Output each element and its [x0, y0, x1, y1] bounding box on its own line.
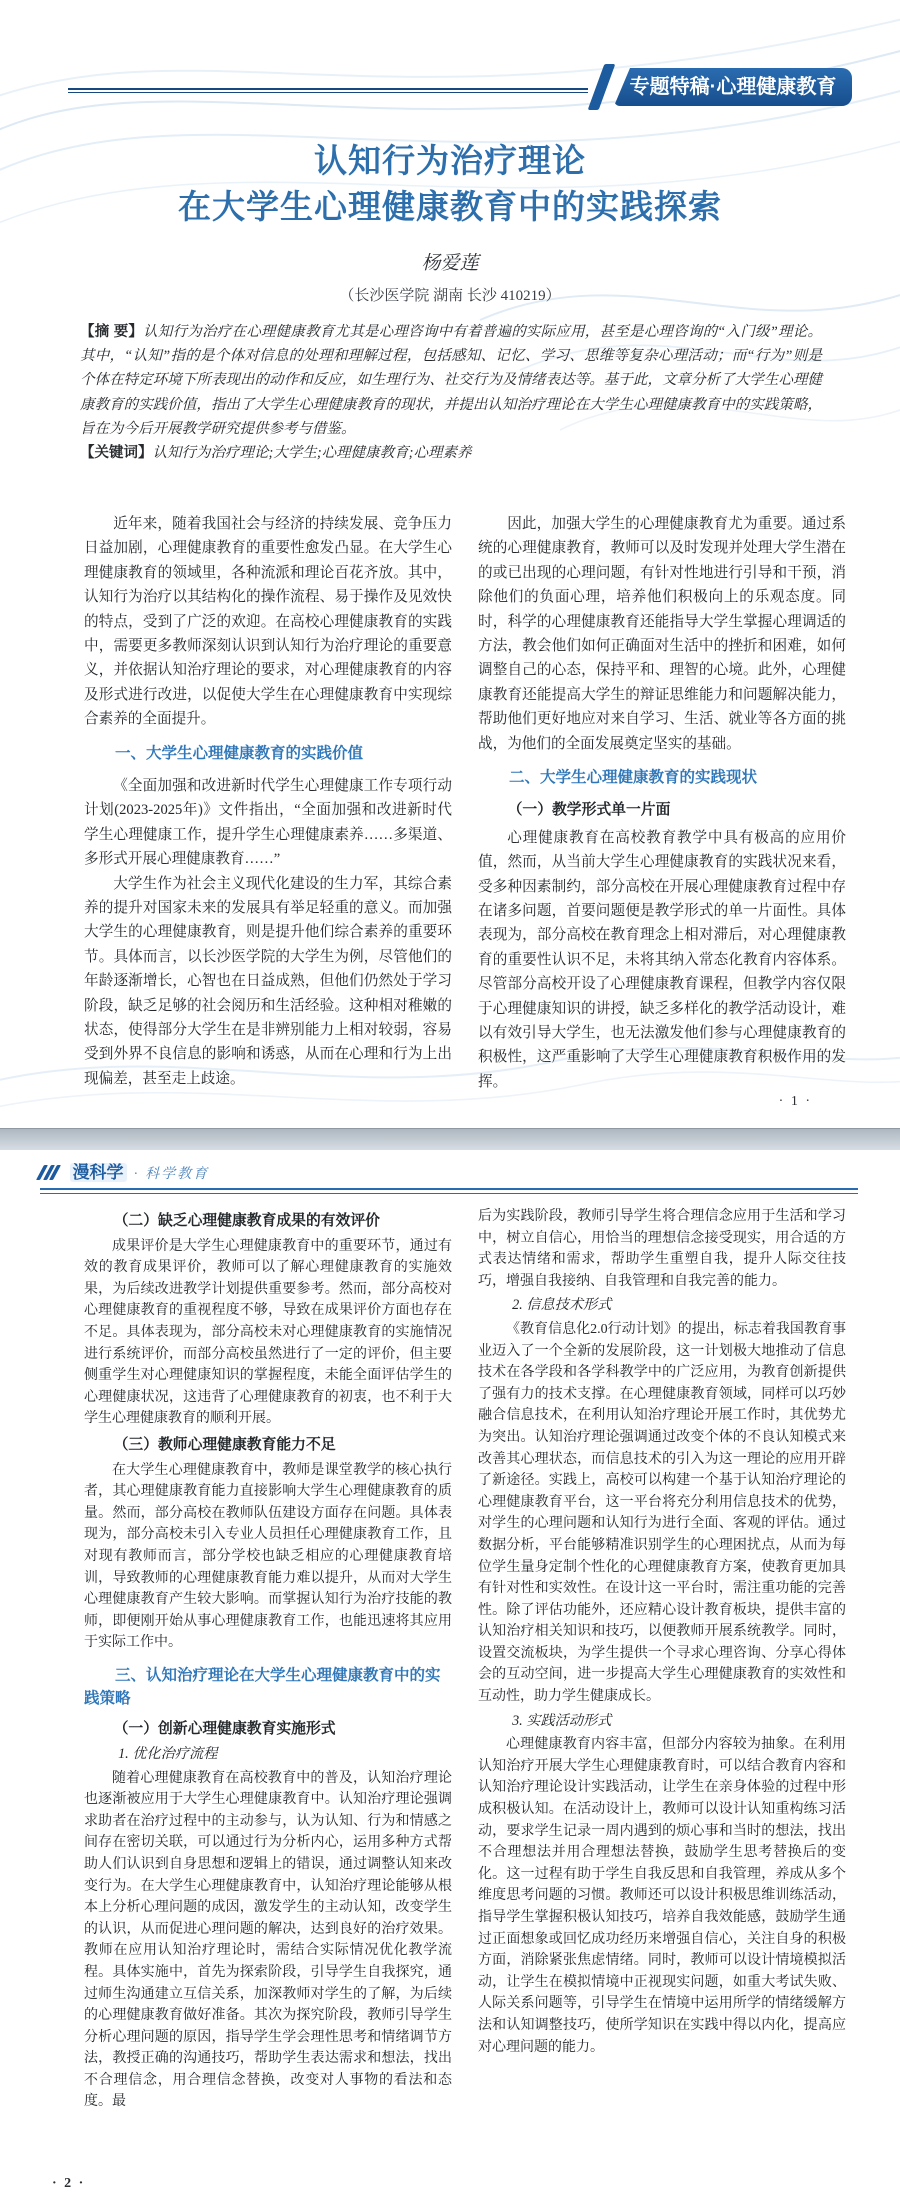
section-heading: 三、认知治疗理论在大学生心理健康教育中的实践策略 [84, 1664, 452, 1711]
journal-separator: · [134, 1167, 139, 1182]
body-column-left: （二）缺乏心理健康教育成果的有效评价成果评价是大学生心理健康教育中的重要环节，通… [84, 1206, 452, 2174]
section-heading: 一、大学生心理健康教育的实践价值 [84, 742, 452, 765]
title-line-1: 认知行为治疗理论 [0, 138, 900, 184]
author: 杨爱莲 [0, 248, 900, 275]
paragraph: 随着心理健康教育在高校教育中的普及，认知治疗理论也逐渐被应用于大学生心理健康教育… [84, 1768, 452, 2114]
keywords: 【关键词】认知行为治疗理论;大学生;心理健康教育;心理素养 [80, 441, 822, 465]
body-column-right: 因此，加强大学生的心理健康教育尤为重要。通过系统的心理健康教育，教师可以及时发现… [478, 512, 846, 1092]
journal-section: 科学教育 [145, 1167, 209, 1182]
abstract-label: 【摘 要】 [80, 324, 143, 340]
body-column-right: 后为实践阶段，教师引导学生将合理信念应用于生活和学习中，树立自信心，用恰当的理想… [478, 1206, 846, 2174]
journal-logo-icon [40, 1165, 60, 1185]
paragraph: 后为实践阶段，教师引导学生将合理信念应用于生活和学习中，树立自信心，用恰当的理想… [478, 1206, 846, 1292]
section-heading: 2. 信息技术形式 [478, 1295, 846, 1317]
page-number: · 2 · [52, 2176, 85, 2192]
section-heading: （三）教师心理健康教育能力不足 [84, 1435, 452, 1457]
paragraph: 心理健康教育内容丰富，但部分内容较为抽象。在利用认知治疗开展大学生心理健康教育时… [478, 1734, 846, 2058]
section-heading: 二、大学生心理健康教育的实践现状 [478, 766, 846, 789]
section-heading: （一）教学形式单一片面 [478, 798, 846, 822]
journal-topic-badge: 专题特稿·心理健康教育 [614, 68, 852, 106]
paragraph: 因此，加强大学生的心理健康教育尤为重要。通过系统的心理健康教育，教师可以及时发现… [478, 512, 846, 756]
page-title: 认知行为治疗理论 在大学生心理健康教育中的实践探索 [0, 138, 900, 230]
affiliation: （长沙医学院 湖南 长沙 410219） [0, 284, 900, 305]
page-2: 漫科学 · 科学教育 （二）缺乏心理健康教育成果的有效评价成果评价是大学生心理健… [0, 1150, 900, 2200]
body-column-left: 近年来，随着我国社会与经济的持续发展、竞争压力日益加剧，心理健康教育的重要性愈发… [84, 512, 452, 1092]
body-columns: （二）缺乏心理健康教育成果的有效评价成果评价是大学生心理健康教育中的重要环节，通… [84, 1206, 846, 2174]
paragraph: 成果评价是大学生心理健康教育中的重要环节，通过有效的教育成果评价，教师可以了解心… [84, 1236, 452, 1430]
paragraph: 大学生作为社会主义现代化建设的生力军，其综合素养的提升对国家未来的发展具有举足轻… [84, 872, 452, 1092]
abstract: 【摘 要】认知行为治疗在心理健康教育尤其是心理咨询中有着普遍的实际应用，甚至是心… [80, 320, 822, 441]
tag-slash-decoration [588, 64, 616, 110]
paragraph: 近年来，随着我国社会与经济的持续发展、竞争压力日益加剧，心理健康教育的重要性愈发… [84, 512, 452, 732]
page-divider [0, 1128, 900, 1151]
section-heading: （一）创新心理健康教育实施形式 [84, 1719, 452, 1741]
header-rule [68, 88, 588, 93]
paragraph: 心理健康教育在高校教育教学中具有极高的应用价值，然而，从当前大学生心理健康教育的… [478, 826, 846, 1092]
paragraph: 《全面加强和改进新时代学生心理健康工作专项行动计划(2023-2025年)》文件… [84, 774, 452, 872]
paragraph: 在大学生心理健康教育中，教师是课堂教学的核心执行者，其心理健康教育能力直接影响大… [84, 1460, 452, 1654]
journal-name: 漫科学 [70, 1163, 127, 1182]
section-heading: 1. 优化治疗流程 [84, 1744, 452, 1766]
body-columns: 近年来，随着我国社会与经济的持续发展、竞争压力日益加剧，心理健康教育的重要性愈发… [84, 512, 846, 1092]
title-line-2: 在大学生心理健康教育中的实践探索 [0, 184, 900, 230]
section-heading: 3. 实践活动形式 [478, 1711, 846, 1733]
header-rule [40, 1188, 858, 1194]
abstract-text: 认知行为治疗在心理健康教育尤其是心理咨询中有着普遍的实际应用，甚至是心理咨询的“… [80, 324, 822, 437]
keywords-text: 认知行为治疗理论;大学生;心理健康教育;心理素养 [153, 445, 472, 461]
keywords-label: 【关键词】 [80, 445, 153, 461]
page-1: 专题特稿·心理健康教育 认知行为治疗理论 在大学生心理健康教育中的实践探索 杨爱… [0, 0, 900, 1128]
abstract-block: 【摘 要】认知行为治疗在心理健康教育尤其是心理咨询中有着普遍的实际应用，甚至是心… [80, 320, 822, 465]
journal-header: 漫科学 · 科学教育 [40, 1158, 860, 1188]
page-number: · 1 · [779, 1094, 812, 1110]
section-heading: （二）缺乏心理健康教育成果的有效评价 [84, 1211, 452, 1233]
paragraph: 《教育信息化2.0行动计划》的提出，标志着我国教育事业迈入了一个全新的发展阶段，… [478, 1319, 846, 1708]
